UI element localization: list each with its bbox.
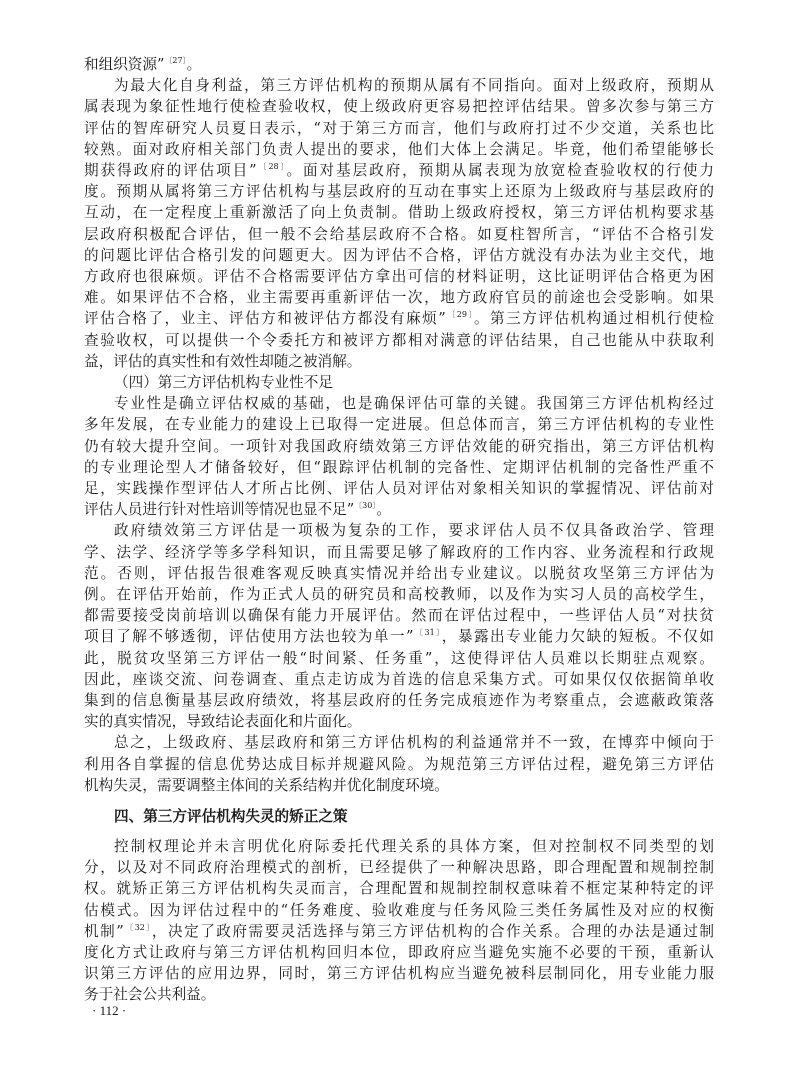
line-text: 和组织资源” xyxy=(84,56,164,73)
citation-ref: 〔31〕 xyxy=(414,628,442,637)
text-line: 多年发展，在专业能力的建设上已取得一定进展。但总体而言，第三方评估机构的专业性 xyxy=(84,414,714,435)
text-line: 都需要接受岗前培训以确保有能力开展评估。然而在评估过程中，一些评估人员“对扶贫 xyxy=(84,605,714,626)
line-text: 务于社会公共利益。 xyxy=(84,986,215,1003)
text-line: 实的真实情况，导致结论表面化和片面化。 xyxy=(84,711,714,732)
line-text: 查验收权，可以提供一个令委托方和被评方都相对满意的评估结果，自己也能从中获取利 xyxy=(84,332,714,349)
page-number: · 112 · xyxy=(92,1002,126,1020)
text-line: 例。在评估开始前，作为正式人员的研究员和高校教师，以及作为实习人员的高校学生， xyxy=(84,584,714,605)
text-line: 因此，座谈交流、问卷调查、重点走访成为首选的信息采集方式。可如果仅仅依据简单收 xyxy=(84,669,714,690)
text-line: 范。否则，评估报告很难客观反映真实情况并给出专业建议。以脱贫攻坚第三方评估为 xyxy=(84,563,714,584)
citation-ref: 〔28〕 xyxy=(257,162,287,171)
line-text: 实的真实情况，导致结论表面化和片面化。 xyxy=(84,713,361,730)
line-text: 。 xyxy=(376,501,391,518)
text-line: 总之，上级政府、基层政府和第三方评估机构的利益通常并不一致，在博弈中倾向于 xyxy=(114,732,714,753)
text-line: 利用各自掌握的信息优势达成目标并规避风险。为规范第三方评估过程，避免第三方评估 xyxy=(84,754,714,775)
text-line: （四）第三方评估机构专业性不足 xyxy=(114,372,714,393)
text-line: 项目了解不够透彻，评估使用方法也较为单一”〔31〕，暴露出专业能力欠缺的短板。不… xyxy=(84,626,714,647)
line-text: 专业性是确立评估权威的基础，也是确保评估可靠的关键。我国第三方评估机构经过 xyxy=(114,395,714,412)
text-line: 机构失灵，需要调整主体间的关系结构并优化制度环境。 xyxy=(84,775,714,796)
line-text: 足，实践操作型评估人才所占比例、评估人员对评估对象相关知识的掌握情况、评估前对 xyxy=(84,480,714,497)
text-line: 足，实践操作型评估人才所占比例、评估人员对评估对象相关知识的掌握情况、评估前对 xyxy=(84,478,714,499)
line-text: 利用各自掌握的信息优势达成目标并规避风险。为规范第三方评估过程，避免第三方评估 xyxy=(84,756,714,773)
text-line: 评估人员进行针对性培训等情况也显不足”〔30〕。 xyxy=(84,499,714,520)
text-line: 互动，在一定程度上重新激活了向上负责制。借助上级政府授权，第三方评估机构要求基 xyxy=(84,202,714,223)
text-line: 层政府积极配合评估，但一般不会给基层政府不合格。如夏柱智所言，“评估不合格引发 xyxy=(84,224,714,245)
line-text: 评估的智库研究人员夏日表示，“对于第三方而言，他们与政府打过不少交道，关系也比 xyxy=(84,120,714,137)
text-line: 查验收权，可以提供一个令委托方和被评方都相对满意的评估结果，自己也能从中获取利 xyxy=(84,330,714,351)
text-line: 的专业理论型人才储备较好，但“跟踪评估机制的完备性、定期评估机制的完备性严重不 xyxy=(84,457,714,478)
text-line: 度。预期从属将第三方评估机构与基层政府的互动在事实上还原为上级政府与基层政府的 xyxy=(84,181,714,202)
line-text: 难。如果评估不合格，业主需要再重新评估一次，地方政府官员的前途也会受影响。如果 xyxy=(84,289,714,306)
line-text: 机制” xyxy=(84,923,124,940)
text-line: 控制权理论并未言明优化府际委托代理关系的具体方案，但对控制权不同类型的划 xyxy=(114,836,714,857)
citation-ref: 〔30〕 xyxy=(354,501,376,510)
text-line: 为最大化自身利益，第三方评估机构的预期从属有不同指向。面对上级政府，预期从 xyxy=(114,75,714,96)
text-line: 此，脱贫攻坚第三方评估一般“时间紧、任务重”，这使得评估人员难以长期驻点观察。 xyxy=(84,648,714,669)
line-text: 。第三方评估机构通过相机行使检 xyxy=(474,310,714,327)
line-text: 项目了解不够透彻，评估使用方法也较为单一” xyxy=(84,628,414,645)
line-text: 益，评估的真实性和有效性却随之被消解。 xyxy=(84,353,361,370)
citation-ref: 〔29〕 xyxy=(446,310,474,319)
line-text: 的问题比评估合格引发的问题更大。因为评估不合格，评估方就没有办法为业主交代，地 xyxy=(84,247,714,264)
text-line: 识第三方评估的应用边界，同时，第三方评估机构应当避免被科层制同化，用专业能力服 xyxy=(84,963,714,984)
line-text: 互动，在一定程度上重新激活了向上负责制。借助上级政府授权，第三方评估机构要求基 xyxy=(84,204,714,221)
line-text: 评估合格了，业主、评估方和被评估方都没有麻烦” xyxy=(84,310,446,327)
line-text: 控制权理论并未言明优化府际委托代理关系的具体方案，但对控制权不同类型的划 xyxy=(114,838,714,855)
line-text: （四）第三方评估机构专业性不足 xyxy=(114,374,333,391)
text-line: 和组织资源”〔27〕。 xyxy=(84,54,714,75)
text-line: 务于社会公共利益。 xyxy=(84,984,714,1005)
line-text: 属表现为象征性地行使检查验收权，使上级政府更容易把控评估结果。曾多次参与第三方 xyxy=(84,98,714,115)
text-line: 较熟。面对政府相关部门负责人提出的要求，他们大体上会满足。毕竟，他们希望能够长 xyxy=(84,139,714,160)
line-text: 期获得政府的评估项目” xyxy=(84,162,257,179)
text-line: 益，评估的真实性和有效性却随之被消解。 xyxy=(84,351,714,372)
text-line: 的问题比评估合格引发的问题更大。因为评估不合格，评估方就没有办法为业主交代，地 xyxy=(84,245,714,266)
line-text: 为最大化自身利益，第三方评估机构的预期从属有不同指向。面对上级政府，预期从 xyxy=(114,77,714,94)
text-line: 难。如果评估不合格，业主需要再重新评估一次，地方政府官员的前途也会受影响。如果 xyxy=(84,287,714,308)
line-text: 分，以及对不同政府治理模式的剖析，已经提供了一种解决思路，即合理配置和规制控制 xyxy=(84,859,714,876)
text-line: 集到的信息衡量基层政府绩效，将基层政府的任务完成痕迹作为考察重点，会遮蔽政策落 xyxy=(84,690,714,711)
text-line: 估模式。因为评估过程中的“任务难度、验收难度与任务风险三类任务属性及对应的权衡 xyxy=(84,900,714,921)
line-text: 方政府也很麻烦。评估不合格需要评估方拿出可信的材料证明，这比证明评估合格更为困 xyxy=(84,268,714,285)
text-line: 期获得政府的评估项目”〔28〕。面对基层政府，预期从属表现为放宽检查验收权的行使… xyxy=(84,160,714,181)
line-text: 范。否则，评估报告很难客观反映真实情况并给出专业建议。以脱贫攻坚第三方评估为 xyxy=(84,565,714,582)
line-text: 度化方式让政府与第三方评估机构回归本位，即政府应当避免实施不必要的干预，重新认 xyxy=(84,944,714,961)
line-text: 多年发展，在专业能力的建设上已取得一定进展。但总体而言，第三方评估机构的专业性 xyxy=(84,416,714,433)
line-text: 度。预期从属将第三方评估机构与基层政府的互动在事实上还原为上级政府与基层政府的 xyxy=(84,183,714,200)
line-text: 层政府积极配合评估，但一般不会给基层政府不合格。如夏柱智所言，“评估不合格引发 xyxy=(84,226,714,243)
line-text: 机构失灵，需要调整主体间的关系结构并优化制度环境。 xyxy=(84,777,449,794)
text-line: 权。就矫正第三方评估机构失灵而言，合理配置和规制控制权意味着不框定某种特定的评 xyxy=(84,878,714,899)
section-heading: 四、第三方评估机构失灵的矫正之策 xyxy=(114,806,348,827)
text-line: 分，以及对不同政府治理模式的剖析，已经提供了一种解决思路，即合理配置和规制控制 xyxy=(84,857,714,878)
citation-ref: 〔32〕 xyxy=(124,923,152,932)
text-line: 度化方式让政府与第三方评估机构回归本位，即政府应当避免实施不必要的干预，重新认 xyxy=(84,942,714,963)
line-text: 此，脱贫攻坚第三方评估一般“时间紧、任务重”，这使得评估人员难以长期驻点观察。 xyxy=(84,650,714,667)
text-line: 评估的智库研究人员夏日表示，“对于第三方而言，他们与政府打过不少交道，关系也比 xyxy=(84,118,714,139)
line-text: 都需要接受岗前培训以确保有能力开展评估。然而在评估过程中，一些评估人员“对扶贫 xyxy=(84,607,714,624)
text-line: 仍有较大提升空间。一项针对我国政府绩效第三方评估效能的研究指出，第三方评估机构 xyxy=(84,436,714,457)
line-text: 评估人员进行针对性培训等情况也显不足” xyxy=(84,501,354,518)
line-text: 学、法学、经济学等多学科知识，而且需要足够了解政府的工作内容、业务流程和行政规 xyxy=(84,544,714,561)
line-text: ，决定了政府需要灵活选择与第三方评估机构的合作关系。合理的办法是通过制 xyxy=(152,923,714,940)
text-line: 评估合格了，业主、评估方和被评估方都没有麻烦”〔29〕。第三方评估机构通过相机行… xyxy=(84,308,714,329)
line-text: 。面对基层政府，预期从属表现为放宽检查验收权的行使力 xyxy=(287,162,715,179)
line-text: 的专业理论型人才储备较好，但“跟踪评估机制的完备性、定期评估机制的完备性严重不 xyxy=(84,459,714,476)
line-text: 总之，上级政府、基层政府和第三方评估机构的利益通常并不一致，在博弈中倾向于 xyxy=(114,734,714,751)
line-text: 。 xyxy=(187,56,202,73)
line-text: 仍有较大提升空间。一项针对我国政府绩效第三方评估效能的研究指出，第三方评估机构 xyxy=(84,438,714,455)
text-line: 属表现为象征性地行使检查验收权，使上级政府更容易把控评估结果。曾多次参与第三方 xyxy=(84,96,714,117)
line-text: 因此，座谈交流、问卷调查、重点走访成为首选的信息采集方式。可如果仅仅依据简单收 xyxy=(84,671,714,688)
line-text: 识第三方评估的应用边界，同时，第三方评估机构应当避免被科层制同化，用专业能力服 xyxy=(84,965,714,982)
line-text: 权。就矫正第三方评估机构失灵而言，合理配置和规制控制权意味着不框定某种特定的评 xyxy=(84,880,714,897)
text-line: 政府绩效第三方评估是一项极为复杂的工作，要求评估人员不仅具备政治学、管理 xyxy=(114,520,714,541)
citation-ref: 〔27〕 xyxy=(164,56,186,65)
text-line: 学、法学、经济学等多学科知识，而且需要足够了解政府的工作内容、业务流程和行政规 xyxy=(84,542,714,563)
line-text: 例。在评估开始前，作为正式人员的研究员和高校教师，以及作为实习人员的高校学生， xyxy=(84,586,714,603)
document-page: 和组织资源”〔27〕。为最大化自身利益，第三方评估机构的预期从属有不同指向。面对… xyxy=(0,0,793,1077)
text-line: 机制”〔32〕，决定了政府需要灵活选择与第三方评估机构的合作关系。合理的办法是通… xyxy=(84,921,714,942)
text-line: 专业性是确立评估权威的基础，也是确保评估可靠的关键。我国第三方评估机构经过 xyxy=(114,393,714,414)
line-text: 集到的信息衡量基层政府绩效，将基层政府的任务完成痕迹作为考察重点，会遮蔽政策落 xyxy=(84,692,714,709)
line-text: 较熟。面对政府相关部门负责人提出的要求，他们大体上会满足。毕竟，他们希望能够长 xyxy=(84,141,714,158)
line-text: 政府绩效第三方评估是一项极为复杂的工作，要求评估人员不仅具备政治学、管理 xyxy=(114,522,714,539)
line-text: ，暴露出专业能力欠缺的短板。不仅如 xyxy=(442,628,714,645)
text-line: 方政府也很麻烦。评估不合格需要评估方拿出可信的材料证明，这比证明评估合格更为困 xyxy=(84,266,714,287)
line-text: 估模式。因为评估过程中的“任务难度、验收难度与任务风险三类任务属性及对应的权衡 xyxy=(84,902,714,919)
